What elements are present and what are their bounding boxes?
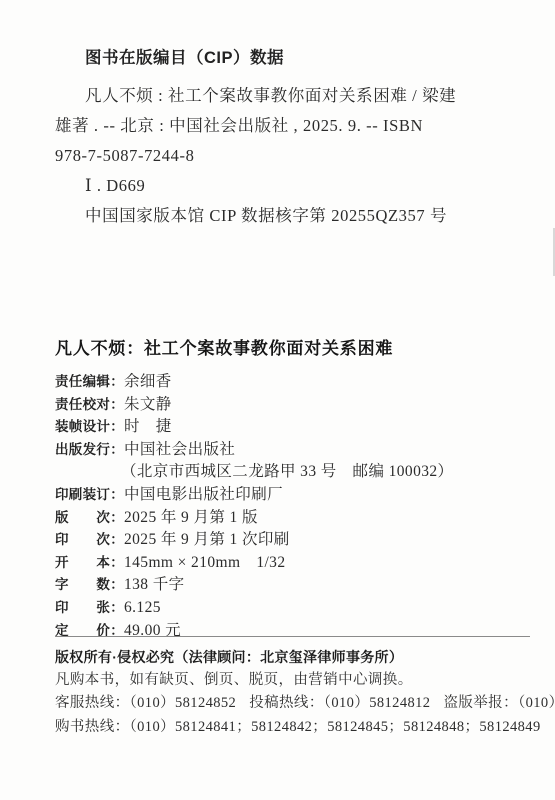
row-label: 责任编辑： (55, 371, 124, 394)
book-copyright-page: 图书在版编目（CIP）数据 凡人不烦 : 社工个案故事教你面对关系困难 / 梁建… (0, 0, 555, 800)
row-label: 责任校对： (55, 394, 124, 417)
row-label: 字 数： (55, 574, 124, 597)
hotline-number: （010）58124808 (518, 695, 555, 711)
row-value: 2025 年 9 月第 1 次印刷 (124, 529, 290, 552)
row-value: 2025 年 9 月第 1 版 (124, 507, 258, 530)
row-label: 印刷装订： (55, 484, 124, 507)
row-value: 6.125 (124, 597, 161, 620)
cip-section: 图书在版编目（CIP）数据 凡人不烦 : 社工个案故事教你面对关系困难 / 梁建… (55, 44, 527, 231)
row-value: 余细香 (124, 371, 172, 394)
cip-classification: Ⅰ . D669 (55, 171, 527, 201)
cip-line: 雄著 . -- 北京 : 中国社会出版社 , 2025. 9. -- ISBN (55, 111, 527, 141)
exchange-notice: 凡购本书，如有缺页、倒页、脱页，由营销中心调换。 (55, 669, 530, 692)
row-value: 中国电影出版社印刷厂 (124, 484, 283, 507)
row-label: 印 张： (55, 597, 124, 620)
footer-section: 版权所有·侵权必究（法律顾问：北京玺泽律师事务所） 凡购本书，如有缺页、倒页、脱… (55, 636, 530, 739)
colophon-section: 凡人不烦：社工个案故事教你面对关系困难 责任编辑： 余细香 责任校对： 朱文静 … (55, 334, 527, 642)
hotline-label: 投稿热线： (249, 695, 324, 711)
submission-hotline: 投稿热线：（010）58124812 (249, 695, 430, 711)
row-value: 145mm × 210mm 1/32 (124, 552, 285, 575)
colophon-row-edition: 版 次： 2025 年 9 月第 1 版 (55, 507, 527, 530)
piracy-report-hotline: 盗版举报：（010）58124808 (443, 695, 555, 711)
colophon-row-proofreader: 责任校对： 朱文静 (55, 394, 527, 417)
colophon-row-printer: 印刷装订： 中国电影出版社印刷厂 (55, 484, 527, 507)
row-label: 开 本： (55, 552, 124, 575)
hotline-row: 客服热线：（010）58124852 投稿热线：（010）58124812 盗版… (55, 692, 530, 715)
hotline-label: 购书热线： (55, 719, 130, 735)
cip-line: 凡人不烦 : 社工个案故事教你面对关系困难 / 梁建 (55, 81, 527, 111)
hotline-label: 盗版举报： (443, 695, 518, 711)
row-value: 朱文静 (124, 394, 172, 417)
colophon-row-address: （北京市西城区二龙路甲 33 号 邮编 100032） (55, 461, 527, 484)
customer-service-hotline: 客服热线：（010）58124852 (55, 695, 236, 711)
colophon-row-format: 开 本： 145mm × 210mm 1/32 (55, 552, 527, 575)
row-value: 138 千字 (124, 574, 185, 597)
publisher-address: （北京市西城区二龙路甲 33 号 邮编 100032） (121, 461, 453, 484)
row-value: 时 捷 (124, 416, 172, 439)
purchase-hotline-row: 购书热线：（010）58124841；58124842；58124845；581… (55, 716, 530, 739)
row-label: 版 次： (55, 507, 124, 530)
cip-isbn: 978-7-5087-7244-8 (55, 141, 527, 171)
hotline-number: （010）58124841；58124842；58124845；58124848… (130, 719, 541, 735)
row-value: 中国社会出版社 (124, 439, 235, 462)
hotline-label: 客服热线： (55, 695, 130, 711)
colophon-row-publisher: 出版发行： 中国社会出版社 (55, 439, 527, 462)
colophon-row-sheets: 印 张： 6.125 (55, 597, 527, 620)
book-title: 凡人不烦：社工个案故事教你面对关系困难 (55, 334, 527, 359)
cip-header: 图书在版编目（CIP）数据 (55, 44, 527, 68)
colophon-row-impression: 印 次： 2025 年 9 月第 1 次印刷 (55, 529, 527, 552)
cip-record-number: 中国国家版本馆 CIP 数据核字第 20255QZ357 号 (55, 201, 527, 231)
colophon-row-wordcount: 字 数： 138 千字 (55, 574, 527, 597)
row-label: 装帧设计： (55, 416, 124, 439)
hotline-number: （010）58124852 (130, 695, 237, 711)
row-label: 出版发行： (55, 439, 124, 462)
hotline-number: （010）58124812 (324, 695, 431, 711)
colophon-row-editor: 责任编辑： 余细香 (55, 371, 527, 394)
row-label: 印 次： (55, 529, 124, 552)
copyright-notice: 版权所有·侵权必究（法律顾问：北京玺泽律师事务所） (55, 646, 530, 669)
colophon-row-designer: 装帧设计： 时 捷 (55, 416, 527, 439)
